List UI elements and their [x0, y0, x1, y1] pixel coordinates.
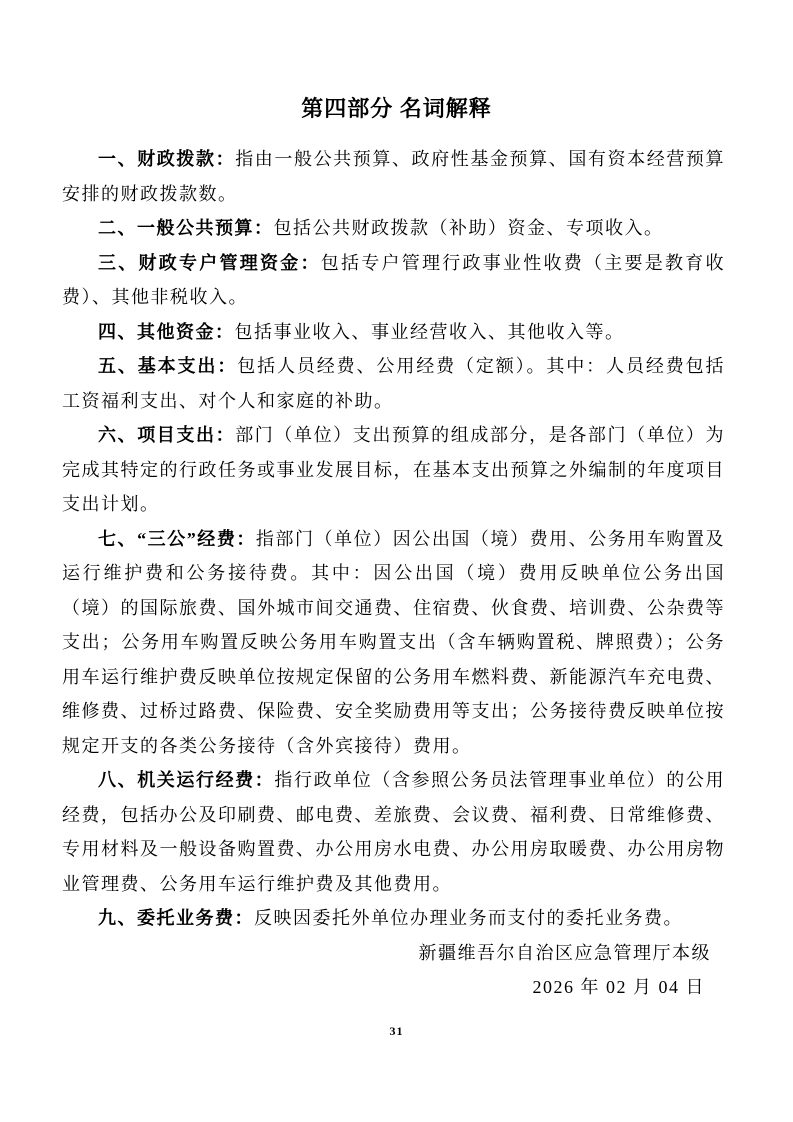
- page-footer: 31: [0, 1024, 793, 1038]
- term-label: 一、财政拨款：: [98, 149, 235, 169]
- term-label: 四、其他资金：: [98, 322, 235, 342]
- definition-paragraph-4: 四、其他资金：包括事业收入、事业经营收入、其他收入等。: [62, 315, 725, 350]
- document-page: 第四部分 名词解释 一、财政拨款：指由一般公共预算、政府性基金预算、国有资本经营…: [0, 0, 793, 1122]
- definition-paragraph-9: 九、委托业务费：反映因委托外单位办理业务而支付的委托业务费。: [62, 901, 725, 936]
- term-definition: 指部门（单位）因公出国（境）费用、公务用车购置及运行维护费和公务接待费。其中：因…: [62, 529, 725, 756]
- definition-paragraph-6: 六、项目支出：部门（单位）支出预算的组成部分，是各部门（单位）为完成其特定的行政…: [62, 418, 725, 522]
- term-definition: 反映因委托外单位办理业务而支付的委托业务费。: [254, 908, 683, 928]
- term-label: 九、委托业务费：: [98, 908, 254, 928]
- term-label: 八、机关运行经费：: [98, 770, 274, 790]
- term-label: 七、“三公”经费：: [98, 529, 256, 549]
- definition-paragraph-3: 三、财政专户管理资金：包括专户管理行政事业性收费（主要是教育收费）、其他非税收入…: [62, 246, 725, 315]
- page-number: 31: [390, 1024, 404, 1038]
- term-label: 三、财政专户管理资金：: [98, 253, 321, 273]
- term-label: 二、一般公共预算：: [98, 218, 274, 238]
- term-definition: 包括公共财政拨款（补助）资金、专项收入。: [274, 218, 664, 238]
- definition-paragraph-8: 八、机关运行经费：指行政单位（含参照公务员法管理事业单位）的公用经费，包括办公及…: [62, 763, 725, 901]
- document-body: 一、财政拨款：指由一般公共预算、政府性基金预算、国有资本经营预算安排的财政拨款数…: [0, 142, 793, 1005]
- definition-paragraph-2: 二、一般公共预算：包括公共财政拨款（补助）资金、专项收入。: [62, 211, 725, 246]
- definition-paragraph-5: 五、基本支出：包括人员经费、公用经费（定额）。其中：人员经费包括工资福利支出、对…: [62, 349, 725, 418]
- definition-paragraph-7: 七、“三公”经费：指部门（单位）因公出国（境）费用、公务用车购置及运行维护费和公…: [62, 522, 725, 764]
- term-definition: 包括事业收入、事业经营收入、其他收入等。: [235, 322, 625, 342]
- signature-line: 新疆维吾尔自治区应急管理厅本级: [62, 936, 725, 971]
- page-title: 第四部分 名词解释: [0, 0, 793, 125]
- term-label: 六、项目支出：: [98, 425, 235, 445]
- definition-paragraph-1: 一、财政拨款：指由一般公共预算、政府性基金预算、国有资本经营预算安排的财政拨款数…: [62, 142, 725, 211]
- date-line: 2026 年 02 月 04 日: [62, 970, 725, 1005]
- term-label: 五、基本支出：: [98, 356, 237, 376]
